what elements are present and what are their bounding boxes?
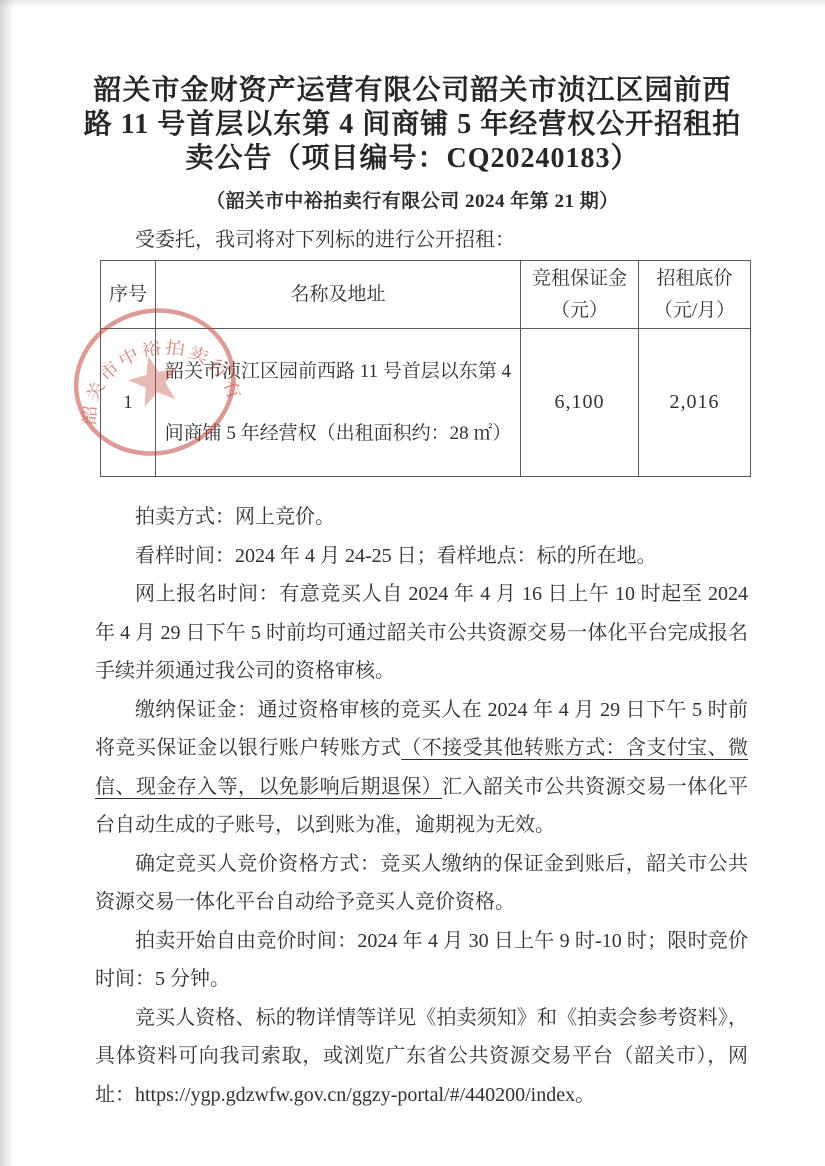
document-page: 韶关市金财资产运营有限公司韶关市浈江区园前西 路 11 号首层以东第 4 间商铺… (0, 0, 825, 1166)
cell-price-value: 2,016 (639, 329, 751, 477)
cell-lot-number: 1 (101, 329, 156, 477)
qualification-paragraph: 确定竞买人竞价资格方式：竞买人缴纳的保证金到账后，韶关市公共资源交易一体化平台自… (95, 845, 748, 922)
header-cell-no: 序号 (101, 261, 156, 329)
reference-info-paragraph: 竞买人资格、标的物详情等详见《拍卖须知》和《拍卖会参考资料》，具体资料可向我司索… (95, 999, 748, 1115)
deposit-paragraph: 缴纳保证金：通过资格审核的竞买人在 2024 年 4 月 29 日下午 5 时前… (95, 691, 748, 845)
header-price-line1: 招租底价 (639, 263, 750, 295)
page-title: 韶关市金财资产运营有限公司韶关市浈江区园前西 路 11 号首层以东第 4 间商铺… (63, 74, 763, 176)
auction-time-paragraph: 拍卖开始自由竞价时间：2024 年 4 月 30 日上午 9 时-10 时；限时… (95, 922, 748, 999)
title-line-1: 韶关市金财资产运营有限公司韶关市浈江区园前西 (63, 74, 763, 108)
lot-table: 序号 名称及地址 竞租保证金 （元） 招租底价 （元/月） 1 韶关市浈江区园前… (100, 260, 751, 477)
title-line-2: 路 11 号首层以东第 4 间商铺 5 年经营权公开招租拍 (63, 108, 763, 142)
auction-method-paragraph: 拍卖方式：网上竞价。 (95, 498, 748, 537)
header-cell-price: 招租底价 （元/月） (639, 261, 751, 329)
page-subtitle: （韶关市中裕拍卖行有限公司 2024 年第 21 期） (0, 186, 825, 213)
table-row: 1 韶关市浈江区园前西路 11 号首层以东第 4 间商铺 5 年经营权（出租面积… (101, 329, 751, 477)
body-text: 拍卖方式：网上竞价。 看样时间：2024 年 4 月 24-25 日；看样地点：… (95, 498, 748, 1114)
header-deposit-line2: （元） (521, 295, 638, 327)
viewing-time-paragraph: 看样时间：2024 年 4 月 24-25 日；看样地点：标的所在地。 (95, 537, 748, 576)
header-cell-deposit: 竞租保证金 （元） (521, 261, 639, 329)
cell-lot-name: 韶关市浈江区园前西路 11 号首层以东第 4 间商铺 5 年经营权（出租面积约：… (156, 329, 521, 477)
cell-deposit-value: 6,100 (521, 329, 639, 477)
table-header-row: 序号 名称及地址 竞租保证金 （元） 招租底价 （元/月） (101, 261, 751, 329)
header-cell-name: 名称及地址 (156, 261, 521, 329)
registration-paragraph: 网上报名时间：有意竞买人自 2024 年 4 月 16 日上午 10 时起至 2… (95, 575, 748, 691)
header-deposit-line1: 竞租保证金 (521, 263, 638, 295)
title-line-3: 卖公告（项目编号：CQ20240183） (63, 142, 763, 176)
header-price-line2: （元/月） (639, 295, 750, 327)
intro-text: 受委托，我司将对下列标的进行公开招租： (95, 226, 748, 254)
